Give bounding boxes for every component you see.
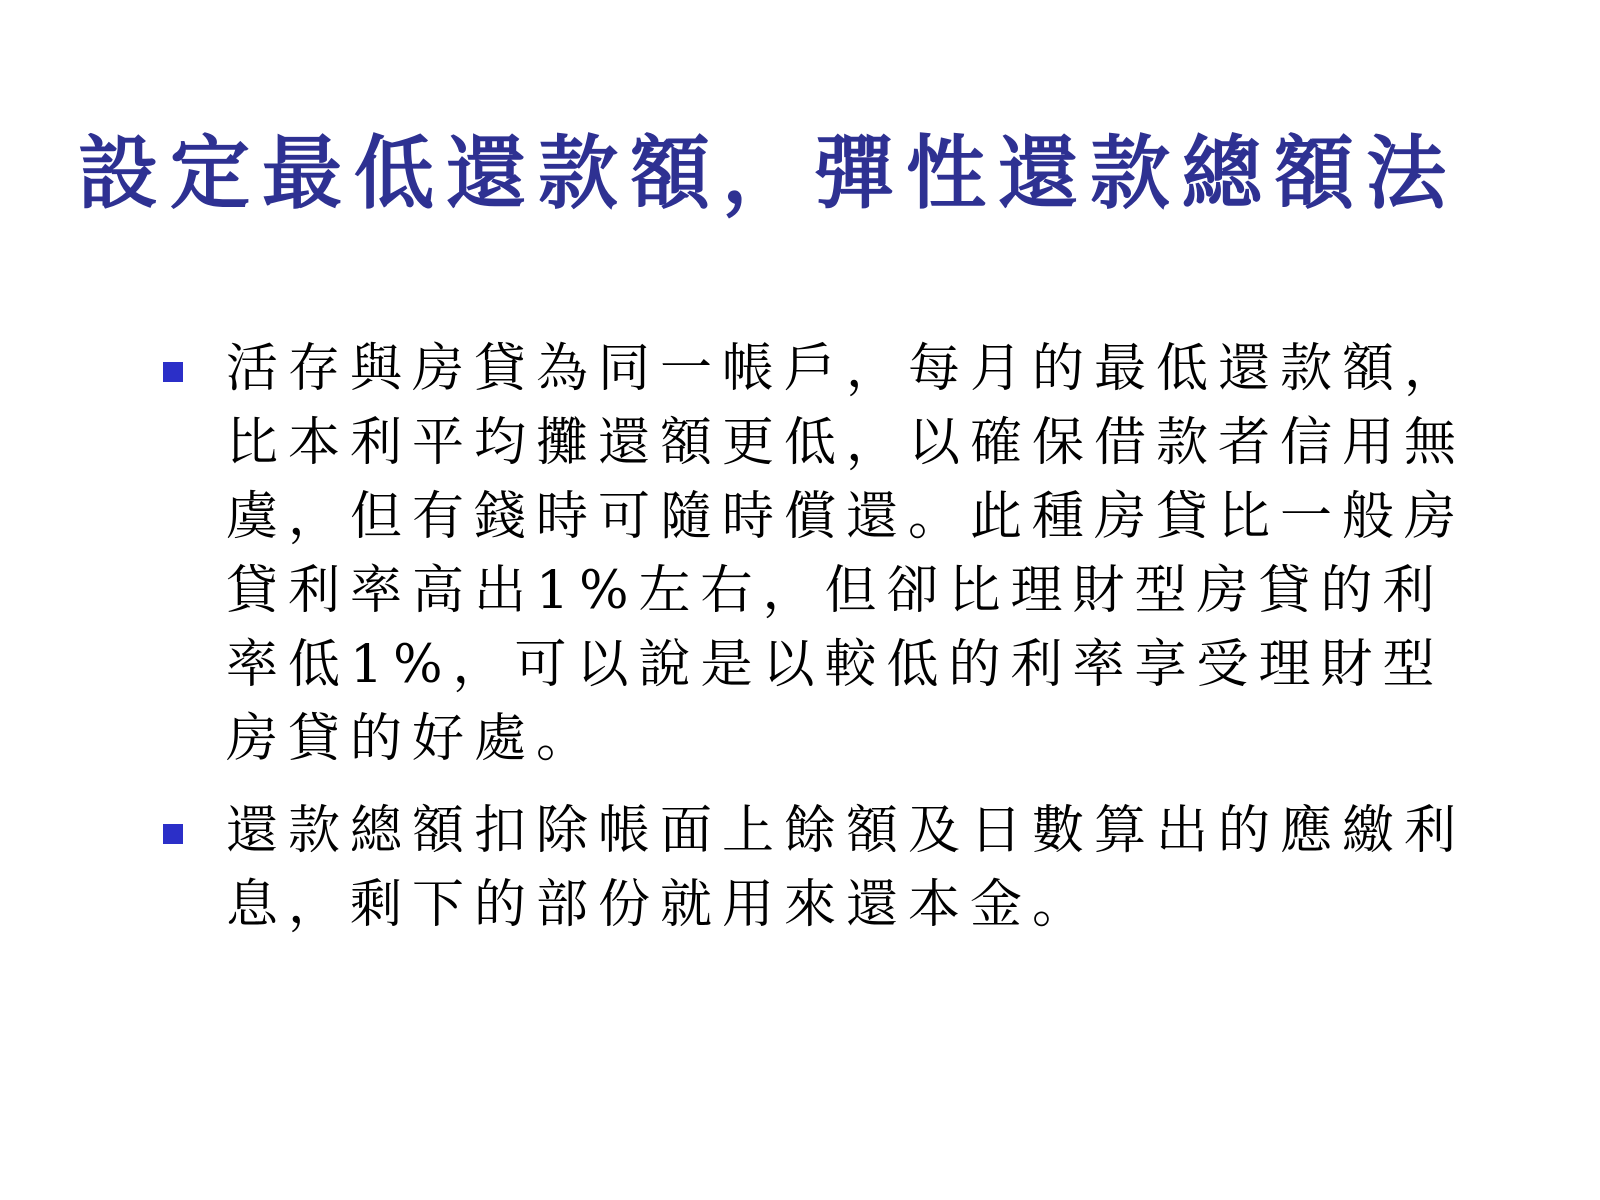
text-line: 虞，但有錢時可隨時償還。此種房貸比一般房	[226, 480, 1480, 554]
bullet-item-2: 還款總額扣除帳面上餘額及日數算出的應繳利 息，剩下的部份就用來還本金。	[160, 794, 1480, 942]
text-line: 還款總額扣除帳面上餘額及日數算出的應繳利	[226, 794, 1480, 868]
slide-title: 設定最低還款額，彈性還款總額法	[78, 118, 1578, 228]
bullet-text-1: 活存與房貸為同一帳戶，每月的最低還款額， 比本利平均攤還額更低，以確保借款者信用…	[226, 332, 1480, 776]
square-bullet-icon	[163, 824, 183, 844]
slide: 設定最低還款額，彈性還款總額法 活存與房貸為同一帳戶，每月的最低還款額， 比本利…	[0, 0, 1600, 1200]
text-line: 貸利率高出1%左右，但卻比理財型房貸的利	[226, 554, 1480, 628]
text-line: 息，剩下的部份就用來還本金。	[226, 868, 1480, 942]
bullet-list: 活存與房貸為同一帳戶，每月的最低還款額， 比本利平均攤還額更低，以確保借款者信用…	[160, 332, 1480, 960]
text-line: 活存與房貸為同一帳戶，每月的最低還款額，	[226, 332, 1480, 406]
bullet-text-2: 還款總額扣除帳面上餘額及日數算出的應繳利 息，剩下的部份就用來還本金。	[226, 794, 1480, 942]
text-line: 率低1%，可以說是以較低的利率享受理財型	[226, 628, 1480, 702]
square-bullet-icon	[163, 362, 183, 382]
text-line: 比本利平均攤還額更低，以確保借款者信用無	[226, 406, 1480, 480]
text-line: 房貸的好處。	[226, 702, 1480, 776]
bullet-item-1: 活存與房貸為同一帳戶，每月的最低還款額， 比本利平均攤還額更低，以確保借款者信用…	[160, 332, 1480, 776]
